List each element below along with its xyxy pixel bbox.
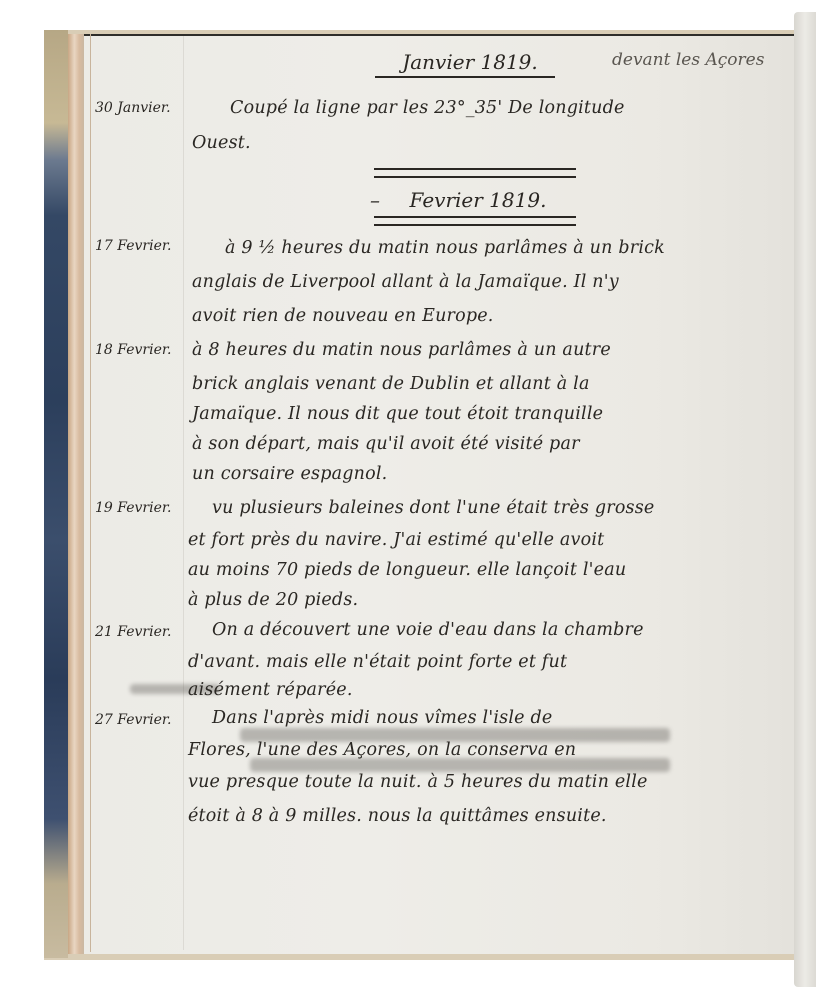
entry-date: 30 Janvier. [95,100,171,116]
entry-line: On a découvert une voie d'eau dans la ch… [212,620,644,640]
entry-line: anglais de Liverpool allant à la Jamaïqu… [192,272,619,292]
entry-date: 18 Fevrier. [95,342,171,358]
entry-date: 17 Fevrier. [95,238,171,254]
entry-line: un corsaire espagnol. [192,464,387,484]
entry-line: à son départ, mais qu'il avoit été visit… [192,434,580,454]
heading-dash: – [370,188,390,212]
gutter-line [90,34,91,952]
entry-line: à plus de 20 pieds. [188,590,358,610]
entry-line: vu plusieurs baleines dont l'une était t… [212,498,654,518]
entry-line: étoit à 8 à 9 milles. nous la quittâmes … [188,806,607,826]
entry-line: à 8 heures du matin nous parlâmes à un a… [192,340,611,360]
entry-date: 19 Fevrier. [95,500,171,516]
section-heading-january: Janvier 1819. [380,50,560,74]
entry-line: Jamaïque. Il nous dit que tout étoit tra… [192,404,603,424]
entry-line: aisément réparée. [188,680,353,700]
entry-date: 27 Fevrier. [95,712,171,728]
entry-line: Coupé la ligne par les 23°_35' De longit… [230,98,625,118]
section-heading-february: Fevrier 1819. [380,188,576,212]
entry-date: 21 Fevrier. [95,624,171,640]
entry-line: Flores, l'une des Açores, on la conserva… [188,740,576,760]
entry-line: d'avant. mais elle n'était point forte e… [188,652,567,672]
margin-rule [183,36,184,950]
entry-line: Dans l'après midi nous vîmes l'isle de [212,708,552,728]
marbled-binding [44,30,68,958]
entry-line: et fort près du navire. J'ai estimé qu'e… [188,530,604,550]
page-edges [68,34,84,954]
entry-line: brick anglais venant de Dublin et allant… [192,374,590,394]
heading-double-rule-top [374,168,576,178]
ink-smudge [250,758,670,772]
entry-line: au moins 70 pieds de longueur. elle lanç… [188,560,626,580]
next-page-edge [794,12,816,987]
heading-double-rule-bottom [374,216,576,226]
entry-line: Ouest. [192,133,251,153]
entry-line: avoit rien de nouveau en Europe. [192,306,494,326]
corner-note: devant les Açores [612,50,764,70]
entry-line: vue presque toute la nuit. à 5 heures du… [188,772,648,792]
entry-line: à 9 ½ heures du matin nous parlâmes à un… [225,238,665,258]
heading-underline [375,76,555,78]
